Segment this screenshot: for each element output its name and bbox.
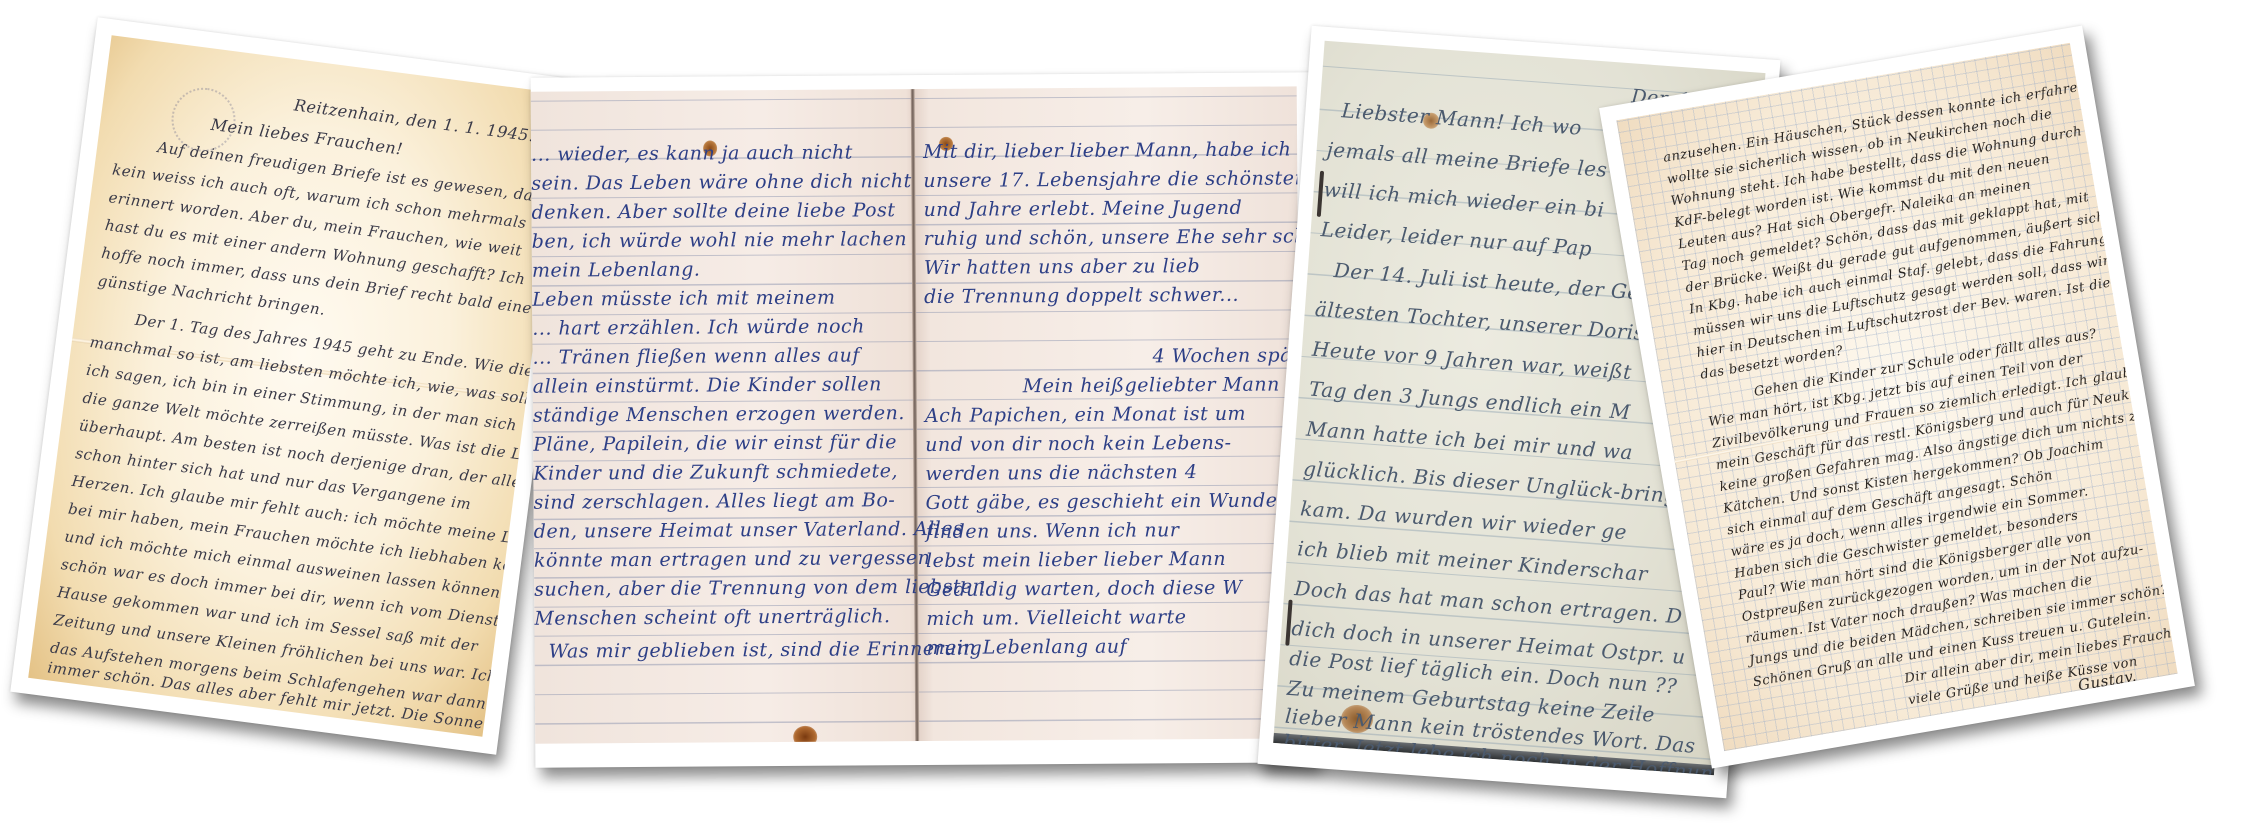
letter-2-left-line: Menschen scheint oft unerträglich. [534, 605, 890, 629]
letter-2-right-line: Wir hatten uns aber zu lieb [924, 255, 1200, 279]
letter-2-left-line: Leben müsste ich mit meinem [532, 287, 835, 311]
letter-2-right-line: Mit dir, lieber lieber Mann, habe ich [923, 138, 1291, 163]
letter-2-right-line: ruhig und schön, unsere Ehe sehr schön. [924, 225, 1302, 250]
letter-2-right-line: die Trennung doppelt schwer... [924, 284, 1239, 308]
photo-letter-1: Reitzenhain, den 1. 1. 1945. Mein liebes… [10, 17, 583, 754]
letter-2-left-line: Kinder und die Zukunft schmiedete, [533, 460, 898, 485]
letter-2-right-line: lebst mein lieber lieber Mann [926, 548, 1226, 572]
letter-2-left-line: ständige Menschen erzogen werden. [533, 402, 905, 427]
letters-collage: Reitzenhain, den 1. 1. 1945. Mein liebes… [0, 0, 2244, 834]
letter-2-left-line: Was mir geblieben ist, sind die Erinneru… [549, 638, 983, 663]
letter-2-rust-stain [793, 726, 817, 744]
letter-2-paper: ... wieder, es kann ja auch nicht sein. … [531, 86, 1302, 743]
letter-2-left-line: suchen, aber die Trennung von dem liebst… [534, 576, 985, 601]
letter-2-left-line: sind zerschlagen. Alles liegt am Bo- [533, 489, 895, 514]
letter-2-salutation: Mein heißgeliebter Mann [1023, 374, 1280, 398]
letter-2-right-line: werden uns die nächsten 4 [925, 461, 1197, 485]
letter-2-left-line: Pläne, Papilein, die wir einst für die [533, 431, 897, 456]
letter-2-left-line: ... Tränen fließen wenn alles auf [532, 344, 859, 368]
letter-2-left-line: denken. Aber sollte deine liebe Post [531, 199, 895, 224]
letter-1-paper: Reitzenhain, den 1. 1. 1945. Mein liebes… [28, 35, 566, 737]
letter-2-later-note: 4 Wochen später [1152, 344, 1301, 367]
letter-2-right-line: mein Lebenlang auf [927, 636, 1128, 659]
letter-2-right-line: unsere 17. Lebensjahre die schönsten [923, 167, 1301, 192]
letter-2-left-line: ben, ich würde wohl nie mehr lachen [532, 228, 907, 253]
letter-2-left-line: den, unsere Heimat unser Vaterland. Alle… [534, 518, 964, 543]
letter-2-left-line: könnte man ertragen und zu vergessen [534, 547, 931, 572]
letter-2-left-line: sein. Das Leben wäre ohne dich nicht [531, 170, 912, 195]
letter-2-right-line: und Jahre erlebt. Meine Jugend [923, 197, 1242, 221]
letter-2-left-line: allein einstürmt. Die Kinder sollen [533, 373, 882, 397]
letter-2-right-line: mich um. Vielleicht warte [926, 606, 1186, 630]
letter-2-left-line: mein Lebenlang. [532, 259, 701, 282]
letter-4-line: anzusehen. Ein Häuschen, Stück dessen ko… [1662, 71, 2130, 165]
letter-4-paper: anzusehen. Ein Häuschen, Stück dessen ko… [1616, 43, 2177, 751]
letter-2-right-line: finden uns. Wenn ich nur [926, 519, 1180, 543]
letter-2-right-line: Gott gäbe, es geschieht ein Wunder [926, 489, 1288, 514]
letter-2-right-line: Ach Papichen, ein Monat ist um [925, 403, 1246, 427]
letter-2-left-line: ... wieder, es kann ja auch nicht [531, 141, 853, 165]
letter-2-left-line: ... hart erzählen. Ich würde noch [532, 315, 865, 339]
photo-letter-2: ... wieder, es kann ja auch nicht sein. … [531, 72, 1316, 767]
letter-2-right-line: Geduldig warten, doch diese W [926, 577, 1242, 601]
letter-2-right-line: und von dir noch kein Lebens- [925, 432, 1232, 456]
